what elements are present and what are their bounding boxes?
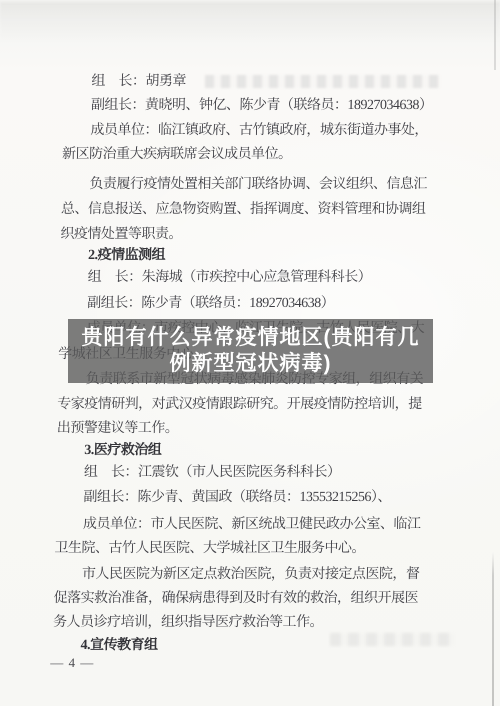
doc-line: 副组长：陈少青（联络员：18927034638） [87,295,334,313]
doc-line: 务人员诊疗培训，组织指导医疗救治等工作。 [53,614,323,632]
doc-heading: 4.宣传教育组 [80,637,157,655]
doc-line: 新区防治重大疾病联席会议成员单位。 [62,146,292,164]
doc-heading: 2.疫情监测组 [88,247,165,265]
doc-heading: 3.医疗救治组 [84,442,161,460]
doc-line: 负责履行疫情处置相关部门联络协调、会议组织、信息汇 [89,176,427,194]
doc-line: 出预警建议等工作。 [57,420,179,438]
doc-line: 副组长：黄晓明、钟亿、陈少青（联络员：18927034638） [91,97,433,115]
doc-line: 组 长：江震钦（市人民医院医务科科长） [84,464,341,482]
doc-line: 总、信息报送、应急物资购置、指挥调度、资料管理和协调组 [61,201,426,219]
doc-line: 织疫情处置等职责。 [60,226,182,244]
doc-line: 市人民医院为新区定点救治医院，负责对接定点医院，督 [82,566,420,584]
doc-line: 促落实救治准备，确保病患得到及时有效的救治，组织开展医 [53,590,418,608]
doc-line: 成员单位：临江镇政府、古竹镇政府，城东街道办事处， [90,122,428,140]
doc-line: 副组长：陈少青、黄国政（联络员：13553215256）、 [83,489,391,507]
doc-line: 组 长：胡勇章 [91,73,186,91]
overlay-title-line-2: 例新型冠状病毒) [170,351,332,377]
page-number: — 4 — [50,655,94,671]
doc-line: 组 长：朱海城（市疾控中心应急管理科科长） [87,269,371,287]
seo-overlay: 贵阳有什么异常疫情地区(贵阳有几 例新型冠状病毒) [68,319,433,383]
doc-line: 卫生院、古竹人民医院、大学城社区卫生服务中心。 [54,540,365,558]
doc-line: 专家疫情研判，对武汉疫情跟踪研究。开展疫情防控培训，提 [57,396,422,414]
scan-paper-edge-bottom [492,552,494,706]
doc-line: 成员单位：市人民医院、新区统战卫健民政办公室、临江 [83,516,421,534]
overlay-title-line-1: 贵阳有什么异常疫情地区(贵阳有几 [82,325,420,351]
scanned-document-page: 组 长：胡勇章副组长：黄晓明、钟亿、陈少青（联络员：18927034638）成员… [0,0,500,706]
